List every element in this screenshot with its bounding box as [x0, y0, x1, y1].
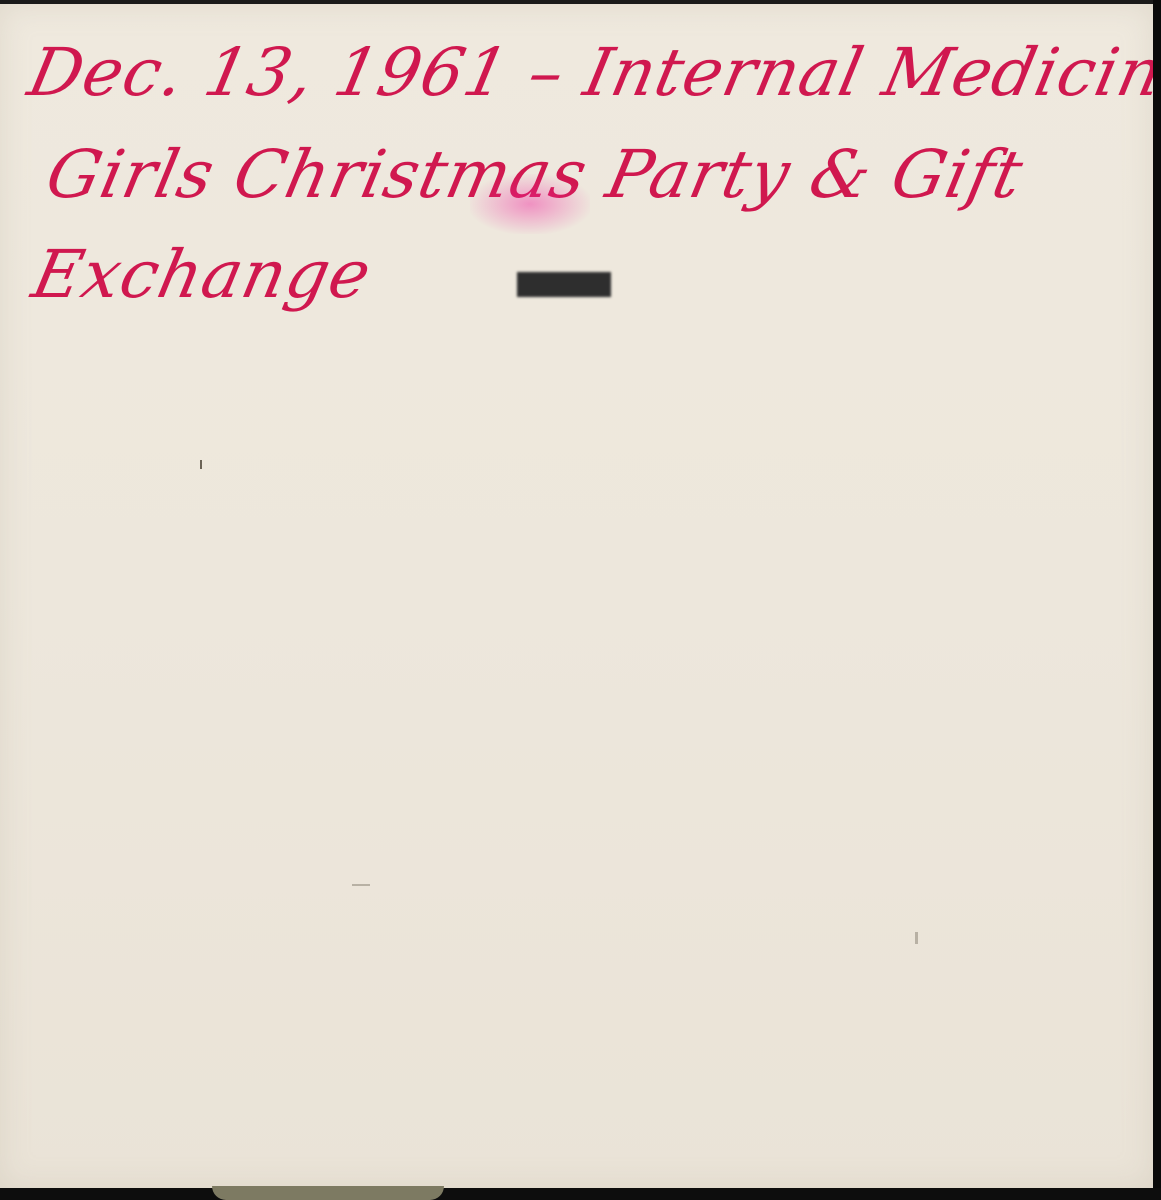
scan-border-bottom [0, 1188, 1161, 1200]
paper-fiber [352, 884, 370, 886]
paper-fiber [915, 932, 918, 944]
handwritten-line-date-department: Dec. 13, 1961 – Internal Medicine [22, 34, 1161, 111]
paper-speck [200, 460, 202, 469]
handwritten-line-exchange: Exchange [26, 236, 378, 313]
pencil-mark [517, 272, 611, 297]
mount-tab [212, 1186, 444, 1200]
scan-border-right [1153, 0, 1161, 1200]
photo-back-card: Dec. 13, 1961 – Internal Medicine Girls … [0, 4, 1153, 1188]
handwritten-line-event: Girls Christmas Party & Gift [40, 136, 1030, 213]
